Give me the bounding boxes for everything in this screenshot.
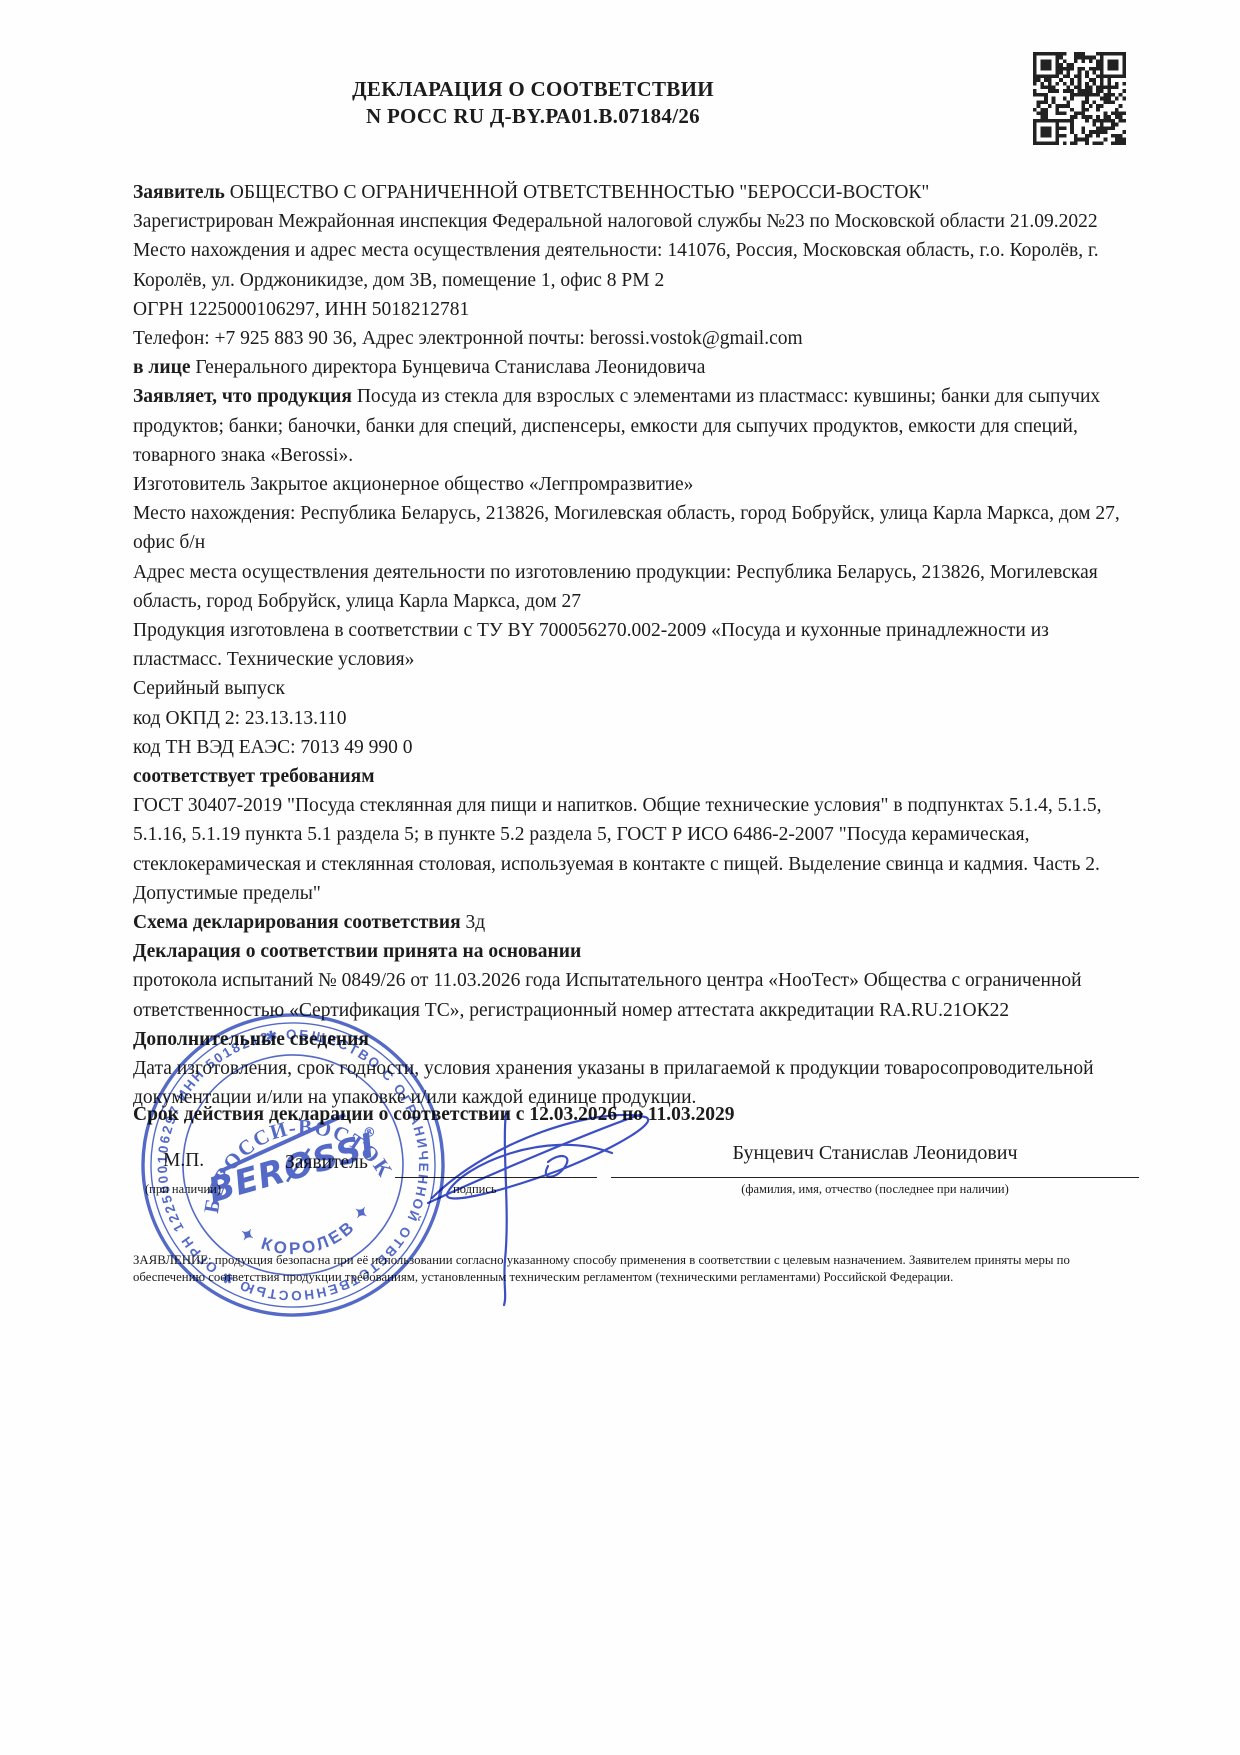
- holder-name-caption: (фамилия, имя, отчество (последнее при н…: [611, 1182, 1139, 1197]
- seal-place-sublabel: (при наличии): [145, 1182, 221, 1197]
- paragraph: Заявитель ОБЩЕСТВО С ОГРАНИЧЕННОЙ ОТВЕТС…: [133, 178, 1121, 207]
- paragraph: Изготовитель Закрытое акционерное общест…: [133, 470, 1121, 499]
- signature-caption: подпись: [453, 1182, 497, 1197]
- paragraph: Заявляет, что продукция Посуда из стекла…: [133, 382, 1121, 470]
- disclaimer-text: ЗАЯВЛЕНИЕ: продукция безопасна при её ис…: [133, 1252, 1128, 1285]
- paragraph: ОГРН 1225000106297, ИНН 5018212781: [133, 295, 1121, 324]
- paragraph: протокола испытаний № 0849/26 от 11.03.2…: [133, 966, 1121, 1024]
- paragraph: код ТН ВЭД ЕАЭС: 7013 49 990 0: [133, 733, 1121, 762]
- paragraph: Декларация о соответствии принята на осн…: [133, 937, 1121, 966]
- paragraph: соответствует требованиям: [133, 762, 1121, 791]
- paragraph: Дополнительные сведения: [133, 1025, 1121, 1054]
- paragraph: Продукция изготовлена в соответствии с Т…: [133, 616, 1121, 674]
- paragraph: Адрес места осуществления деятельности п…: [133, 558, 1121, 616]
- paragraph: Схема декларирования соответствия 3д: [133, 908, 1121, 937]
- paragraph: код ОКПД 2: 23.13.13.110: [133, 704, 1121, 733]
- signature-line: [395, 1148, 597, 1178]
- declaration-page: ДЕКЛАРАЦИЯ О СООТВЕТСТВИИ N РОСС RU Д-BY…: [0, 0, 1240, 1755]
- qr-code-icon: [1033, 52, 1126, 145]
- signature-section: Срок действия декларации о соответствии …: [133, 1104, 1128, 1424]
- paragraph: Место нахождения: Республика Беларусь, 2…: [133, 499, 1121, 557]
- paragraph: Зарегистрирован Межрайонная инспекция Фе…: [133, 207, 1121, 236]
- paragraph: Серийный выпуск: [133, 674, 1121, 703]
- paragraph: Телефон: +7 925 883 90 36, Адрес электро…: [133, 324, 1121, 353]
- paragraph: ГОСТ 30407-2019 "Посуда стеклянная для п…: [133, 791, 1121, 908]
- paragraph: в лице Генерального директора Бунцевича …: [133, 353, 1121, 382]
- seal-place-label: М.П.: [163, 1150, 204, 1172]
- declaration-number: N РОСС RU Д-BY.РА01.В.07184/26: [133, 103, 933, 130]
- title-text: ДЕКЛАРАЦИЯ О СООТВЕТСТВИИ: [133, 76, 933, 103]
- validity-period: Срок действия декларации о соответствии …: [133, 1104, 1128, 1126]
- document-body: Заявитель ОБЩЕСТВО С ОГРАНИЧЕННОЙ ОТВЕТС…: [133, 178, 1121, 1113]
- holder-name-line: [611, 1148, 1139, 1178]
- document-title: ДЕКЛАРАЦИЯ О СООТВЕТСТВИИ N РОСС RU Д-BY…: [133, 76, 933, 130]
- paragraph: Место нахождения и адрес места осуществл…: [133, 236, 1121, 294]
- applicant-label: Заявитель: [285, 1152, 368, 1174]
